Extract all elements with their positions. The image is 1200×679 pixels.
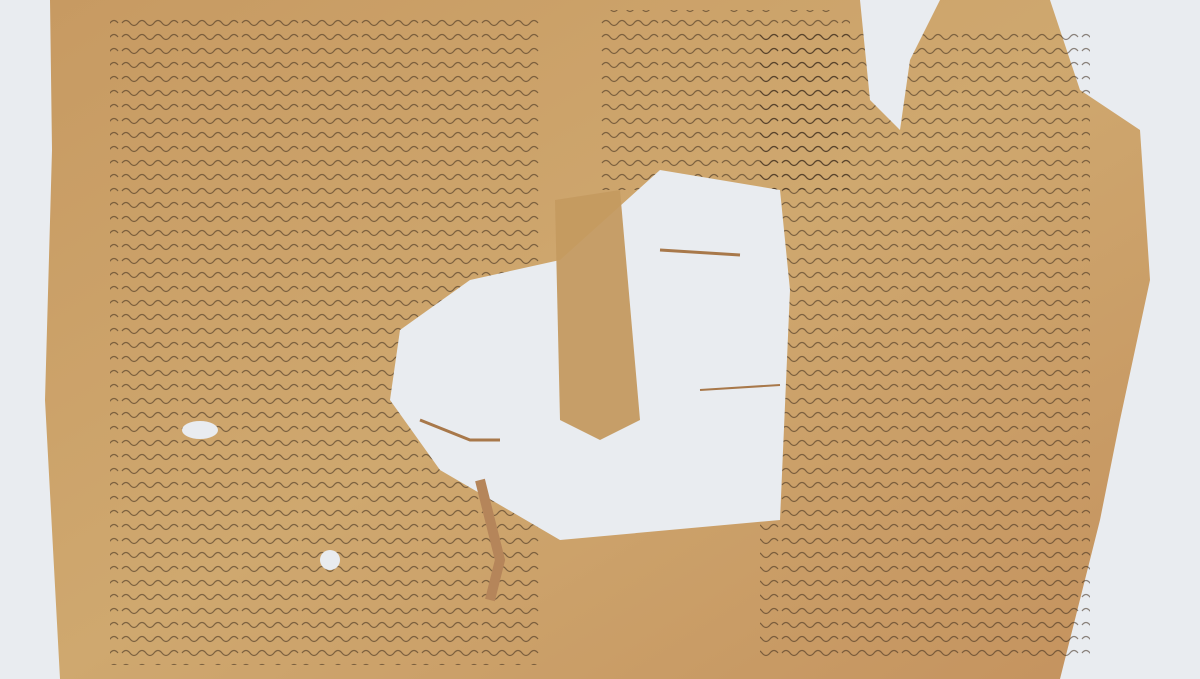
papyrus-photo <box>0 0 1200 679</box>
papyrus-illustration <box>0 0 1200 679</box>
